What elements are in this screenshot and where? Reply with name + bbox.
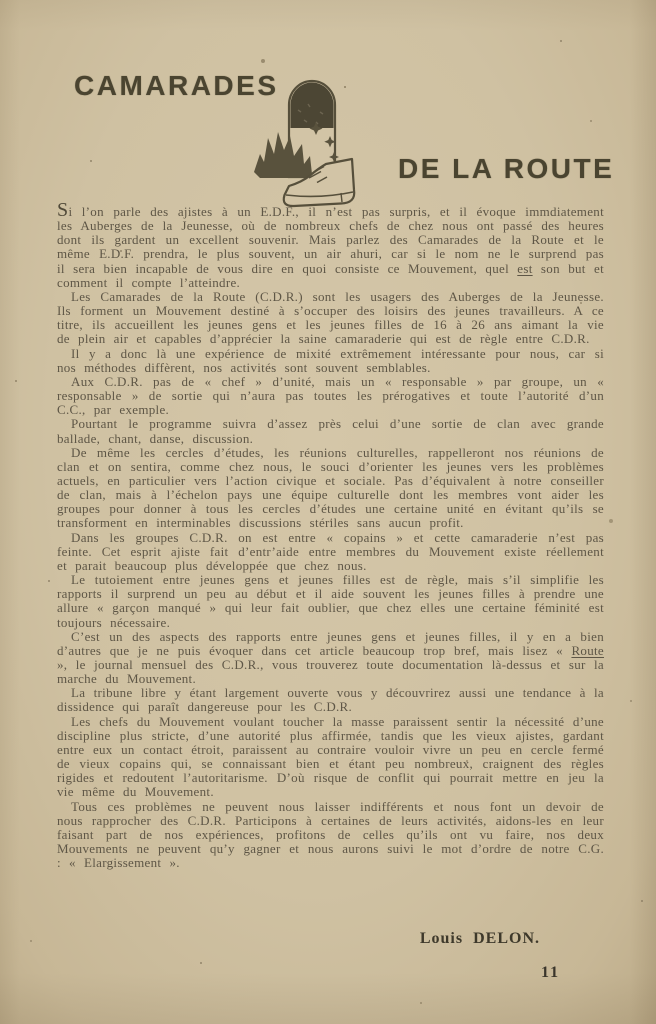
page-number: 11	[541, 964, 560, 982]
paragraph: Si l’on parle des ajistes à un E.D.F., i…	[57, 203, 604, 290]
milestone-plant-boot-icon	[248, 74, 374, 214]
paragraph: Les chefs du Mouvement voulant toucher l…	[57, 715, 604, 800]
paragraph: Tous ces problèmes ne peuvent nous laiss…	[57, 800, 604, 871]
paragraph: Le tutoiement entre jeunes gens et jeune…	[57, 573, 604, 630]
author-signature: Louis DELON.	[420, 930, 540, 948]
magazine-page: CAMARADES DE LA ROUTE Si l’on parle des …	[0, 0, 656, 1024]
paragraph: Aux C.D.R. pas de « chef » d’unité, mais…	[57, 375, 604, 417]
paragraph: Dans les groupes C.D.R. on est entre « c…	[57, 531, 604, 573]
article-body: Si l’on parle des ajistes à un E.D.F., i…	[57, 203, 604, 870]
paragraph: La tribune libre y étant largement ouver…	[57, 686, 604, 714]
article-title-line2: DE LA ROUTE	[398, 153, 614, 185]
paragraph: C’est un des aspects des rapports entre …	[57, 630, 604, 687]
paragraph: Les Camarades de la Route (C.D.R.) sont …	[57, 290, 604, 347]
paragraph: Pourtant le programme suivra d’assez prè…	[57, 417, 604, 445]
paragraph: Il y a donc là une expérience de mixité …	[57, 347, 604, 375]
paper-speckles	[0, 0, 2, 2]
paragraph: De même les cercles d’études, les réunio…	[57, 446, 604, 531]
